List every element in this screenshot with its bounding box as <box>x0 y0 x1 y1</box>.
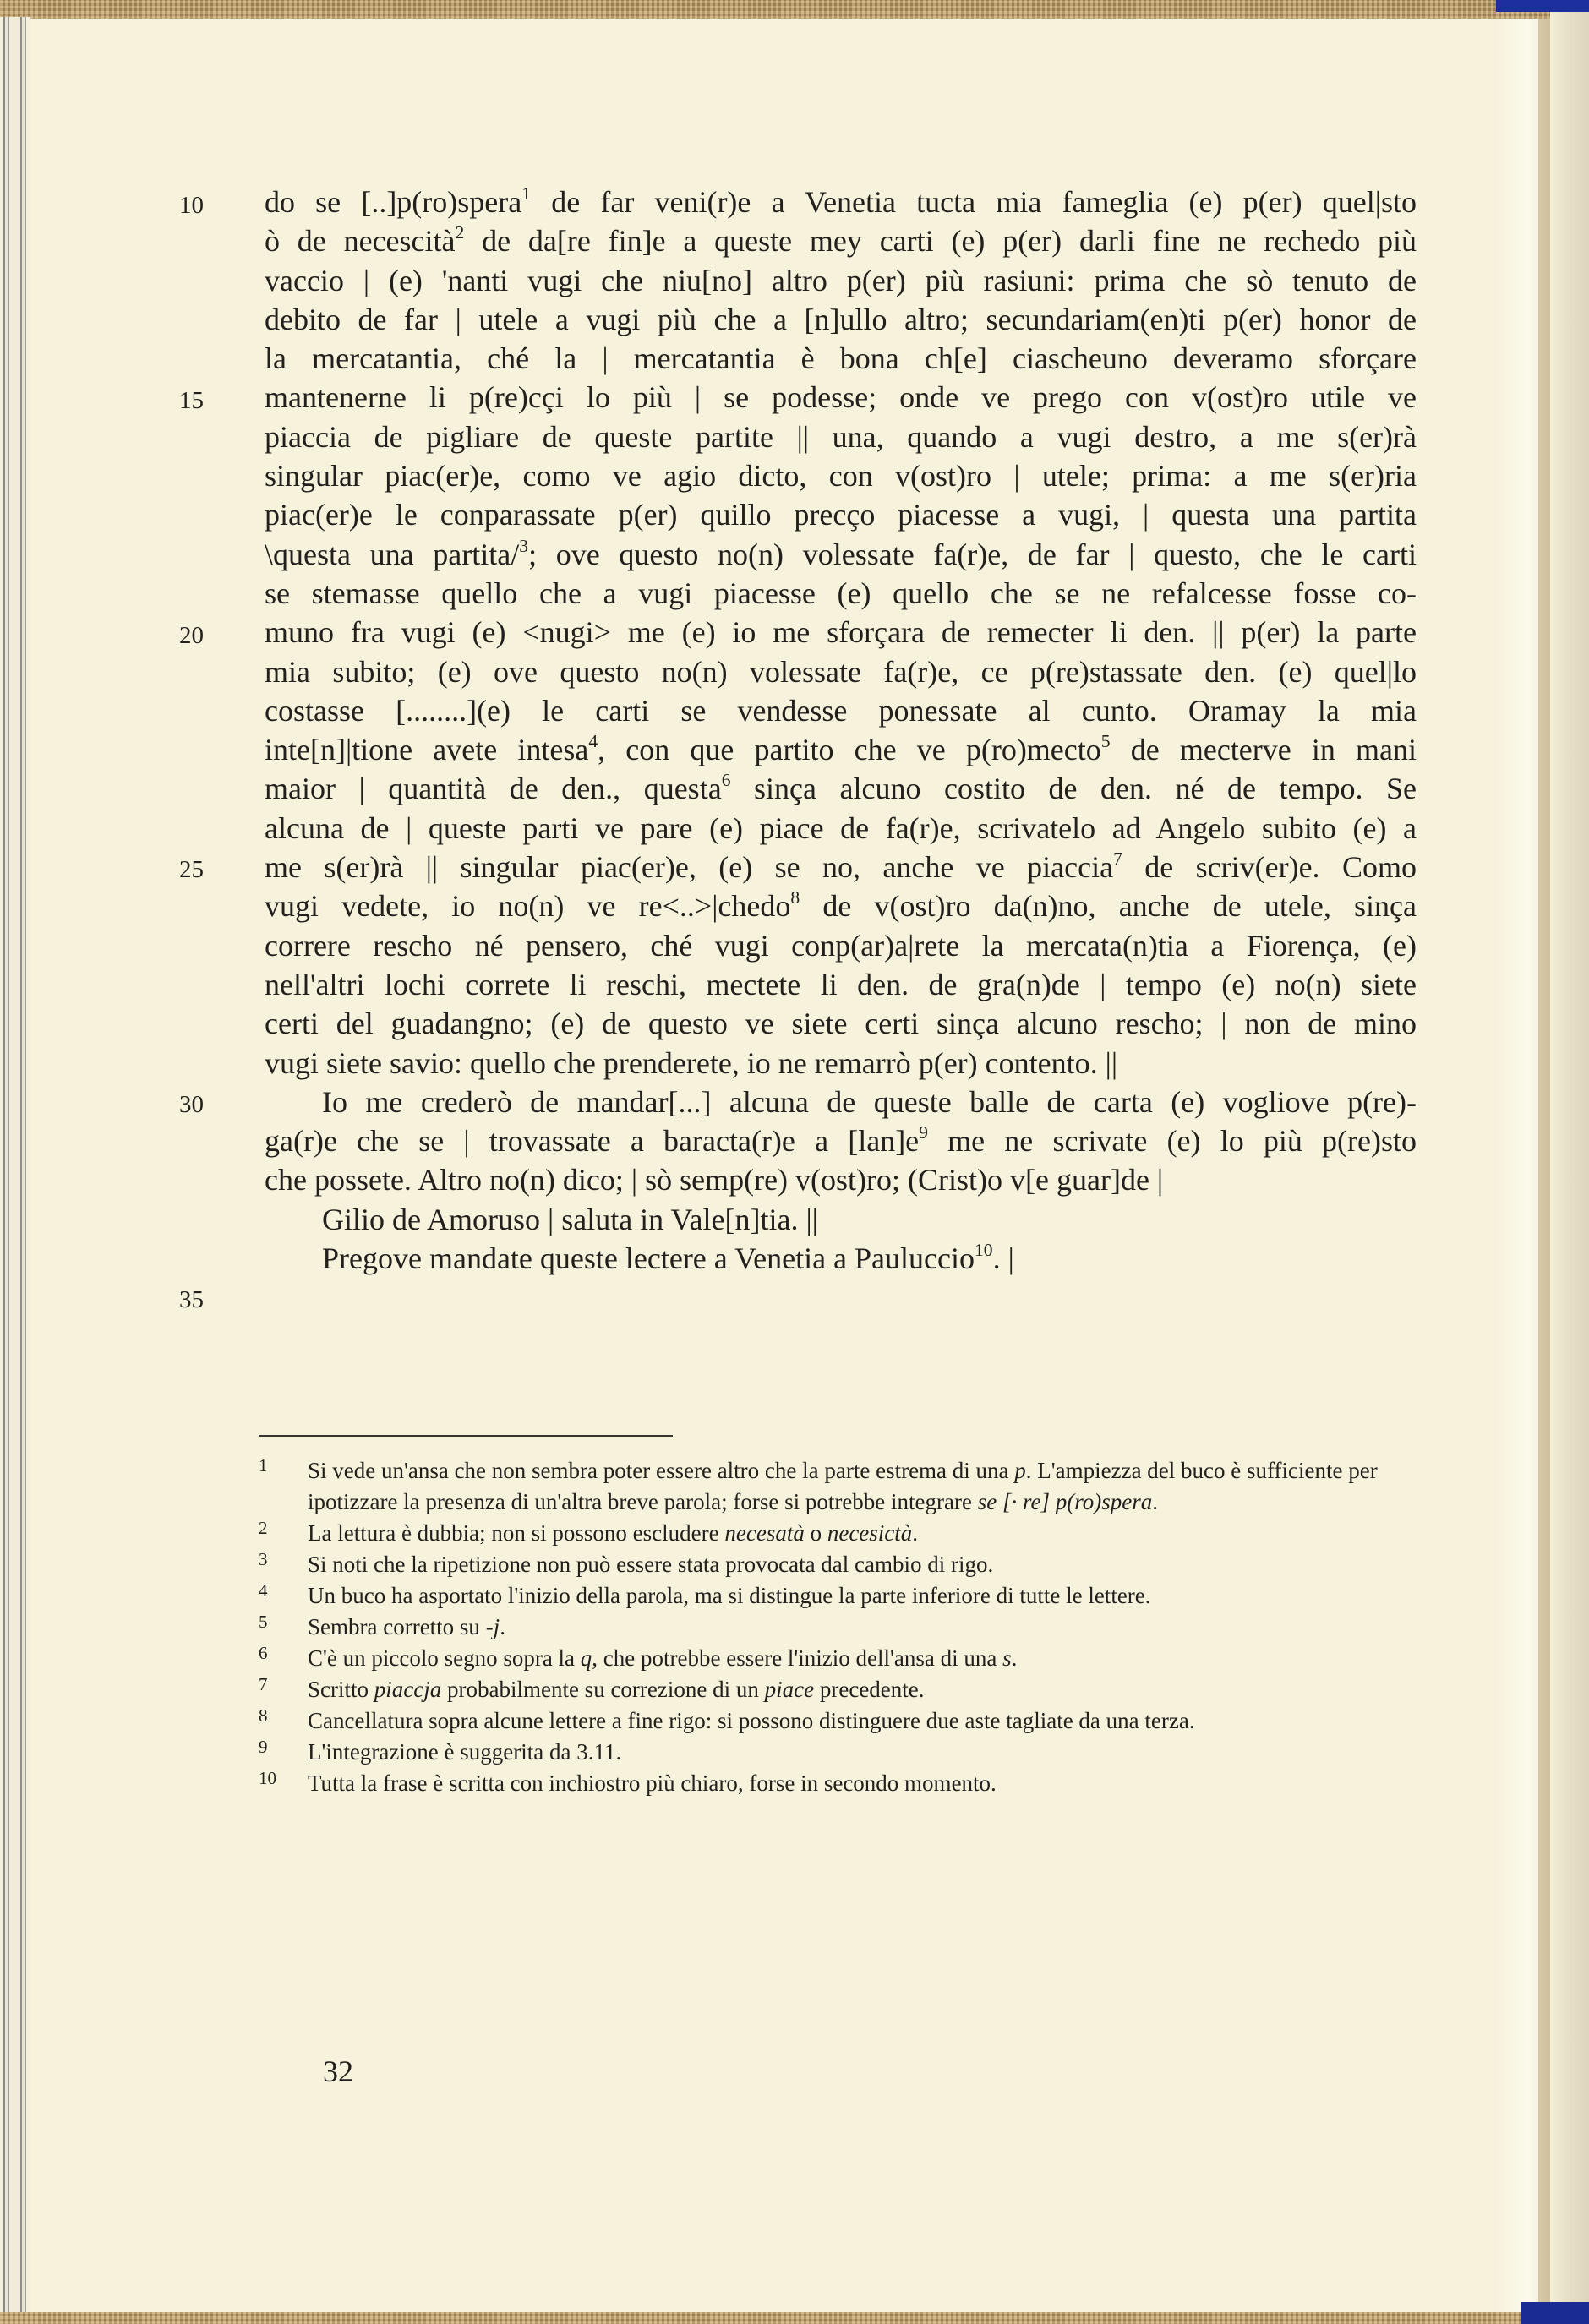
text-segment: do se [..]p(ro)spera <box>265 185 521 219</box>
facing-page-edge <box>1550 12 1589 2314</box>
footnote-number: 9 <box>259 1732 268 1763</box>
footnote-text: L'integrazione è suggerita da 3.11. <box>308 1737 1425 1768</box>
text-segment: la mercatantia, ché la | mercatantia è b… <box>265 341 1417 375</box>
text-line: mantenerne li p(re)cçi lo più | se podes… <box>265 378 1417 417</box>
footnote-text: Scritto piaccja probabilmente su correzi… <box>308 1674 1425 1705</box>
footnote-ref[interactable]: 4 <box>588 731 598 751</box>
footnote-item: 9L'integrazione è suggerita da 3.11. <box>259 1737 1425 1768</box>
footnote-number: 3 <box>259 1544 268 1575</box>
bookmark-ribbon-top <box>1496 0 1589 12</box>
text-line: vugi siete savio: quello che prenderete,… <box>265 1044 1417 1083</box>
footnote-item: 5Sembra corretto su -j. <box>259 1612 1425 1643</box>
footnote-text: C'è un piccolo segno sopra la q, che pot… <box>308 1643 1425 1674</box>
text-line: \questa una partita/3; ove questo no(n) … <box>265 535 1417 574</box>
footnote-number: 10 <box>259 1763 276 1794</box>
footnote-item: 10Tutta la frase è scritta con inchiostr… <box>259 1768 1425 1799</box>
text-segment: Gilio de Amoruso | saluta in Vale[n]tia.… <box>322 1203 818 1236</box>
text-line: ò de necescità2 de da[re fin]e a queste … <box>265 221 1417 260</box>
footnote-item: 1Si vede un'ansa che non sembra poter es… <box>259 1455 1425 1518</box>
text-line: nell'altri lochi correte li reschi, mect… <box>265 965 1417 1004</box>
line-number: 10 <box>179 188 204 223</box>
footnote-ref[interactable]: 7 <box>1113 848 1122 869</box>
text-segment: se stemasse quello che a vugi piacesse (… <box>265 576 1417 610</box>
footnote-number: 2 <box>259 1513 268 1544</box>
bookmark-ribbon-bottom <box>1521 2302 1589 2324</box>
text-line: piaccia de pigliare de queste partite ||… <box>265 417 1417 456</box>
footnote-number: 5 <box>259 1607 268 1638</box>
footnote-item: 4Un buco ha asportato l'inizio della par… <box>259 1580 1425 1612</box>
text-segment: mantenerne li p(re)cçi lo più | se podes… <box>265 380 1417 414</box>
footnote-item: 7Scritto piaccja probabilmente su correz… <box>259 1674 1425 1705</box>
text-segment: de da[re fin]e a queste mey carti (e) p(… <box>464 224 1417 258</box>
text-line: la mercatantia, ché la | mercatantia è b… <box>265 339 1417 378</box>
text-line: che possete. Altro no(n) dico; | sò semp… <box>265 1160 1417 1199</box>
footnote-number: 1 <box>259 1450 268 1481</box>
footnote-item: 6C'è un piccolo segno sopra la q, che po… <box>259 1643 1425 1674</box>
footnote-text: La lettura è dubbia; non si possono escl… <box>308 1518 1425 1549</box>
gutter-shadow <box>1496 19 1550 2312</box>
book-cover-cloth-bottom <box>0 2312 1589 2324</box>
footnote-ref[interactable]: 3 <box>519 536 528 556</box>
text-segment: Io me crederò de mandar[...] alcuna de q… <box>322 1085 1417 1119</box>
footnote-ref[interactable]: 6 <box>722 770 731 790</box>
text-line: Io me crederò de mandar[...] alcuna de q… <box>265 1083 1417 1121</box>
page-number: 32 <box>323 2054 353 2089</box>
text-segment: de far veni(r)e a Venetia tucta mia fame… <box>531 185 1417 219</box>
footnote-ref[interactable]: 8 <box>790 887 800 908</box>
text-segment: me s(er)rà || singular piac(er)e, (e) se… <box>265 850 1113 884</box>
text-line: mia subito; (e) ove questo no(n) volessa… <box>265 652 1417 691</box>
text-segment: vugi siete savio: quello che prenderete,… <box>265 1046 1117 1080</box>
text-segment: maior | quantità de den., questa <box>265 772 722 805</box>
footnote-text: Cancellatura sopra alcune lettere a fine… <box>308 1705 1425 1737</box>
text-segment: singular piac(er)e, como ve agio dicto, … <box>265 459 1417 493</box>
footnote-ref[interactable]: 10 <box>975 1240 993 1260</box>
text-segment: muno fra vugi (e) <nugi> me (e) io me sf… <box>265 615 1417 649</box>
line-number: 30 <box>179 1087 204 1122</box>
footnote-number: 7 <box>259 1669 268 1700</box>
footnote-number: 4 <box>259 1575 268 1607</box>
text-segment: vugi vedete, io no(n) ve re<..>|chedo <box>265 889 790 923</box>
text-segment: che possete. Altro no(n) dico; | sò semp… <box>265 1163 1163 1197</box>
text-segment: debito de far | utele a vugi più che a [… <box>265 303 1417 336</box>
text-segment: piac(er)e le conparassate p(er) quillo p… <box>265 498 1417 532</box>
footnote-text: Sembra corretto su -j. <box>308 1612 1425 1643</box>
text-segment: \questa una partita/ <box>265 537 519 571</box>
text-segment: Pregove mandate queste lectere a Venetia… <box>322 1241 975 1275</box>
text-segment: alcuna de | queste parti ve pare (e) pia… <box>265 811 1417 845</box>
text-line: singular piac(er)e, como ve agio dicto, … <box>265 456 1417 495</box>
footnote-number: 6 <box>259 1638 268 1669</box>
text-segment: me ne scrivate (e) lo più p(re)sto <box>928 1124 1417 1158</box>
text-line: muno fra vugi (e) <nugi> me (e) io me sf… <box>265 613 1417 652</box>
text-segment: correre rescho né pensero, ché vugi conp… <box>265 929 1417 963</box>
footnote-ref[interactable]: 1 <box>521 183 531 204</box>
text-line: ga(r)e che se | trovassate a baracta(r)e… <box>265 1121 1417 1160</box>
line-number: 35 <box>179 1282 204 1317</box>
text-segment: inte[n]|tione avete intesa <box>265 733 588 766</box>
text-segment: nell'altri lochi correte li reschi, mect… <box>265 968 1417 1001</box>
footnote-item: 2La lettura è dubbia; non si possono esc… <box>259 1518 1425 1549</box>
text-segment: vaccio | (e) 'nanti vugi che niu[no] alt… <box>265 264 1417 297</box>
text-line: correre rescho né pensero, ché vugi conp… <box>265 926 1417 965</box>
text-segment: ; ove questo no(n) volessate fa(r)e, de … <box>528 537 1417 571</box>
text-segment: de v(ost)ro da(n)no, anche de utele, sin… <box>800 889 1417 923</box>
line-number: 25 <box>179 852 204 887</box>
text-segment: . | <box>993 1241 1014 1275</box>
footnote-text: Si vede un'ansa che non sembra poter ess… <box>308 1455 1425 1518</box>
text-segment: costasse [........](e) le carti se vende… <box>265 694 1417 728</box>
text-line: inte[n]|tione avete intesa4, con que par… <box>265 730 1417 769</box>
text-line: piac(er)e le conparassate p(er) quillo p… <box>265 495 1417 534</box>
footnotes-section: 1Si vede un'ansa che non sembra poter es… <box>259 1455 1425 1799</box>
footnote-ref[interactable]: 9 <box>919 1122 928 1143</box>
footnote-ref[interactable]: 5 <box>1101 731 1111 751</box>
text-line: Gilio de Amoruso | saluta in Vale[n]tia.… <box>265 1200 1417 1239</box>
text-segment: , con que partito che ve p(ro)mecto <box>598 733 1101 766</box>
line-number: 15 <box>179 383 204 418</box>
text-line: debito de far | utele a vugi più che a [… <box>265 300 1417 339</box>
text-segment: de mecterve in mani <box>1111 733 1417 766</box>
footnote-text: Un buco ha asportato l'inizio della paro… <box>308 1580 1425 1612</box>
text-segment: sinça alcuno costito de den. né de tempo… <box>730 772 1417 805</box>
footnote-item: 8Cancellatura sopra alcune lettere a fin… <box>259 1705 1425 1737</box>
footnote-text: Si noti che la ripetizione non può esser… <box>308 1549 1425 1580</box>
text-segment: piaccia de pigliare de queste partite ||… <box>265 420 1417 454</box>
footnote-ref[interactable]: 2 <box>456 222 465 243</box>
text-segment: certi del guadangno; (e) de questo ve si… <box>265 1007 1417 1040</box>
text-segment: de scriv(er)e. Como <box>1122 850 1417 884</box>
text-line: me s(er)rà || singular piac(er)e, (e) se… <box>265 848 1417 887</box>
page-stack-edge <box>0 17 30 2312</box>
text-line: alcuna de | queste parti ve pare (e) pia… <box>265 809 1417 848</box>
footnote-separator <box>259 1435 673 1437</box>
text-segment: mia subito; (e) ove questo no(n) volessa… <box>265 655 1417 689</box>
footnote-text: Tutta la frase è scritta con inchiostro … <box>308 1768 1425 1799</box>
line-number: 20 <box>179 618 204 653</box>
text-line: vaccio | (e) 'nanti vugi che niu[no] alt… <box>265 261 1417 300</box>
text-line: costasse [........](e) le carti se vende… <box>265 691 1417 730</box>
text-line: Pregove mandate queste lectere a Venetia… <box>265 1239 1417 1278</box>
book-cover-cloth-top <box>0 0 1589 19</box>
text-segment: ga(r)e che se | trovassate a baracta(r)e… <box>265 1124 919 1158</box>
text-line: do se [..]p(ro)spera1 de far veni(r)e a … <box>265 183 1417 221</box>
text-line: vugi vedete, io no(n) ve re<..>|chedo8 d… <box>265 887 1417 925</box>
text-segment: ò de necescità <box>265 224 456 258</box>
transcription-body: do se [..]p(ro)spera1 de far veni(r)e a … <box>265 183 1417 1278</box>
text-line: maior | quantità de den., questa6 sinça … <box>265 769 1417 808</box>
footnote-item: 3Si noti che la ripetizione non può esse… <box>259 1549 1425 1580</box>
text-line: se stemasse quello che a vugi piacesse (… <box>265 574 1417 613</box>
footnote-number: 8 <box>259 1700 268 1732</box>
text-line: certi del guadangno; (e) de questo ve si… <box>265 1004 1417 1043</box>
